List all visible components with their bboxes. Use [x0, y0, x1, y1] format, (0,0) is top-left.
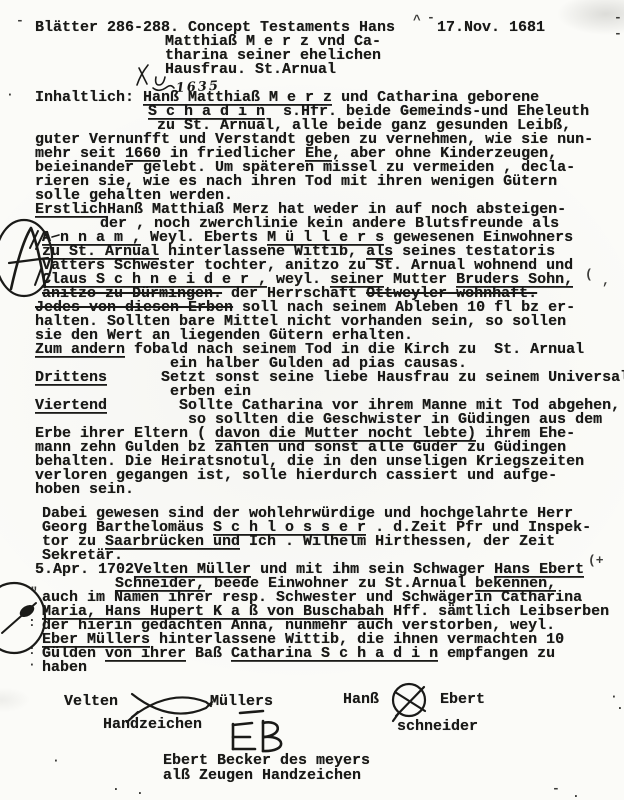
scan-mark: (+ [588, 554, 604, 567]
scan-mark: · [6, 88, 14, 101]
scan-mark: : [28, 644, 36, 657]
scan-mark: : [28, 616, 36, 629]
scan-mark: ^ [413, 14, 421, 27]
scan-mark: · [52, 754, 60, 767]
scan-mark: - [614, 11, 622, 24]
scan-mark: . [616, 699, 624, 712]
scan-mark: - [427, 11, 435, 24]
scan-mark: . [572, 787, 580, 800]
scan-mark: · [28, 602, 36, 615]
scan-mark: - [614, 27, 622, 40]
scan-mark: ( [585, 268, 593, 281]
scan-mark: , [602, 274, 610, 287]
scan-mark: . [136, 784, 144, 797]
scan-mark: - [552, 782, 560, 795]
scanned-document-page: { "page": { "background": "#fbfbf8", "in… [0, 0, 624, 800]
marks-layer: ^----·(,(+"·::··.·..-. [0, 0, 624, 800]
scan-mark: · [28, 658, 36, 671]
scan-mark: . [112, 780, 120, 793]
scan-mark: " [30, 586, 38, 599]
scan-mark: - [16, 14, 24, 27]
